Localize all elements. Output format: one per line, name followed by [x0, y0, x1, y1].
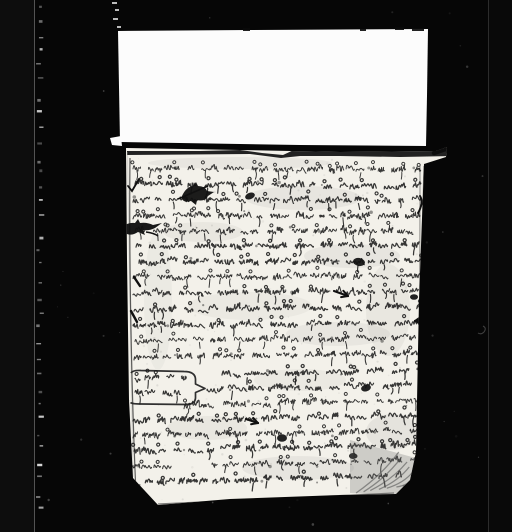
microfilm-photo: [0, 0, 512, 532]
scan-canvas: [0, 0, 512, 532]
blank-label: [110, 27, 428, 146]
